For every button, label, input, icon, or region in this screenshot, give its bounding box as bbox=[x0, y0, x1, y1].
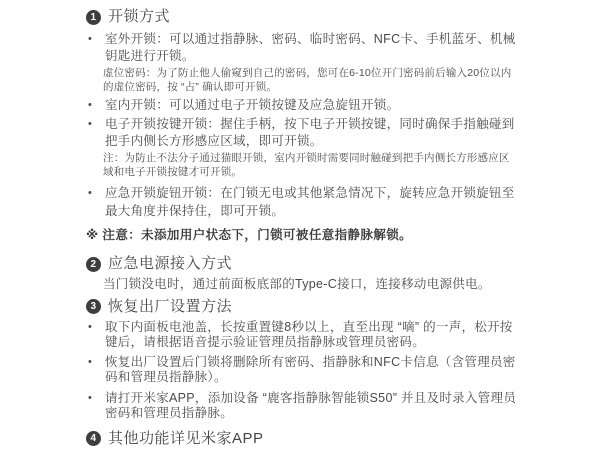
list-item: • 室内开锁：可以通过电子开锁按键及应急旋钮开锁。 bbox=[86, 97, 518, 114]
bullet-text: 电子开锁按键开锁：握住手柄，按下电子开锁按键，同时确保手指触碰到把手内侧长方形感… bbox=[105, 116, 518, 150]
section-3-number-badge: 3 bbox=[86, 299, 101, 314]
section-4-number-badge: 4 bbox=[86, 431, 101, 446]
note-text: 虚位密码：为了防止他人偷窥到自己的密码，您可在6-10位开门密码前后输入20位以… bbox=[103, 66, 518, 94]
section-4-heading: 4 其他功能详见米家APP bbox=[86, 430, 518, 448]
bullet-icon: • bbox=[86, 184, 105, 220]
bullet-text: 室外开锁：可以通过指静脉、密码、临时密码、NFC卡、手机蓝牙、机械钥匙进行开锁。 bbox=[105, 31, 518, 65]
body-text: 当门锁没电时，通过前面板底部的Type-C接口，连接移动电源供电。 bbox=[103, 277, 518, 293]
note-text: 注：为防止不法分子通过猫眼开锁，室内开锁时需要同时触碰到把手内侧长方形感应区域和… bbox=[103, 151, 518, 179]
bullet-text: 请打开米家APP，添加设备 “鹿客指静脉智能锁S50” 并且及时录入管理员密码和… bbox=[105, 391, 518, 422]
section-1-number-badge: 1 bbox=[86, 10, 101, 25]
section-2-title: 应急电源接入方式 bbox=[108, 255, 232, 273]
section-1-heading: 1 开锁方式 bbox=[86, 8, 518, 26]
bullet-icon: • bbox=[86, 97, 105, 114]
list-item: • 电子开锁按键开锁：握住手柄，按下电子开锁按键，同时确保手指触碰到把手内侧长方… bbox=[86, 116, 518, 150]
bullet-icon: • bbox=[86, 391, 105, 422]
list-item: • 室外开锁：可以通过指静脉、密码、临时密码、NFC卡、手机蓝牙、机械钥匙进行开… bbox=[86, 31, 518, 65]
manual-page: 1 开锁方式 • 室外开锁：可以通过指静脉、密码、临时密码、NFC卡、手机蓝牙、… bbox=[0, 0, 600, 450]
section-4-title: 其他功能详见米家APP bbox=[108, 430, 264, 448]
bullet-icon: • bbox=[86, 355, 105, 386]
section-2-number-badge: 2 bbox=[86, 257, 101, 272]
list-item: • 请打开米家APP，添加设备 “鹿客指静脉智能锁S50” 并且及时录入管理员密… bbox=[86, 391, 518, 422]
list-item: • 应急开锁旋钮开锁：在门锁无电或其他紧急情况下，旋转应急开锁旋钮至最大角度并保… bbox=[86, 184, 518, 220]
section-1-title: 开锁方式 bbox=[108, 8, 170, 26]
bullet-text: 应急开锁旋钮开锁：在门锁无电或其他紧急情况下，旋转应急开锁旋钮至最大角度并保持住… bbox=[105, 184, 518, 220]
bullet-icon: • bbox=[86, 116, 105, 150]
warning-text: ※ 注意：未添加用户状态下，门锁可被任意指静脉解锁。 bbox=[86, 227, 518, 244]
section-2-heading: 2 应急电源接入方式 bbox=[86, 255, 518, 273]
bullet-icon: • bbox=[86, 31, 105, 65]
bullet-text: 恢复出厂设置后门锁将删除所有密码、指静脉和NFC卡信息（含管理员密码和管理员指静… bbox=[105, 355, 518, 386]
list-item: • 取下内面板电池盖，长按重置键8秒以上，直至出现 “嘀” 的一声，松开按键后，… bbox=[86, 320, 518, 351]
bullet-text: 取下内面板电池盖，长按重置键8秒以上，直至出现 “嘀” 的一声，松开按键后，请根… bbox=[105, 320, 518, 351]
bullet-icon: • bbox=[86, 320, 105, 351]
bullet-text: 室内开锁：可以通过电子开锁按键及应急旋钮开锁。 bbox=[105, 97, 518, 114]
section-3-heading: 3 恢复出厂设置方法 bbox=[86, 298, 518, 316]
list-item: • 恢复出厂设置后门锁将删除所有密码、指静脉和NFC卡信息（含管理员密码和管理员… bbox=[86, 355, 518, 386]
section-3-title: 恢复出厂设置方法 bbox=[108, 298, 232, 316]
